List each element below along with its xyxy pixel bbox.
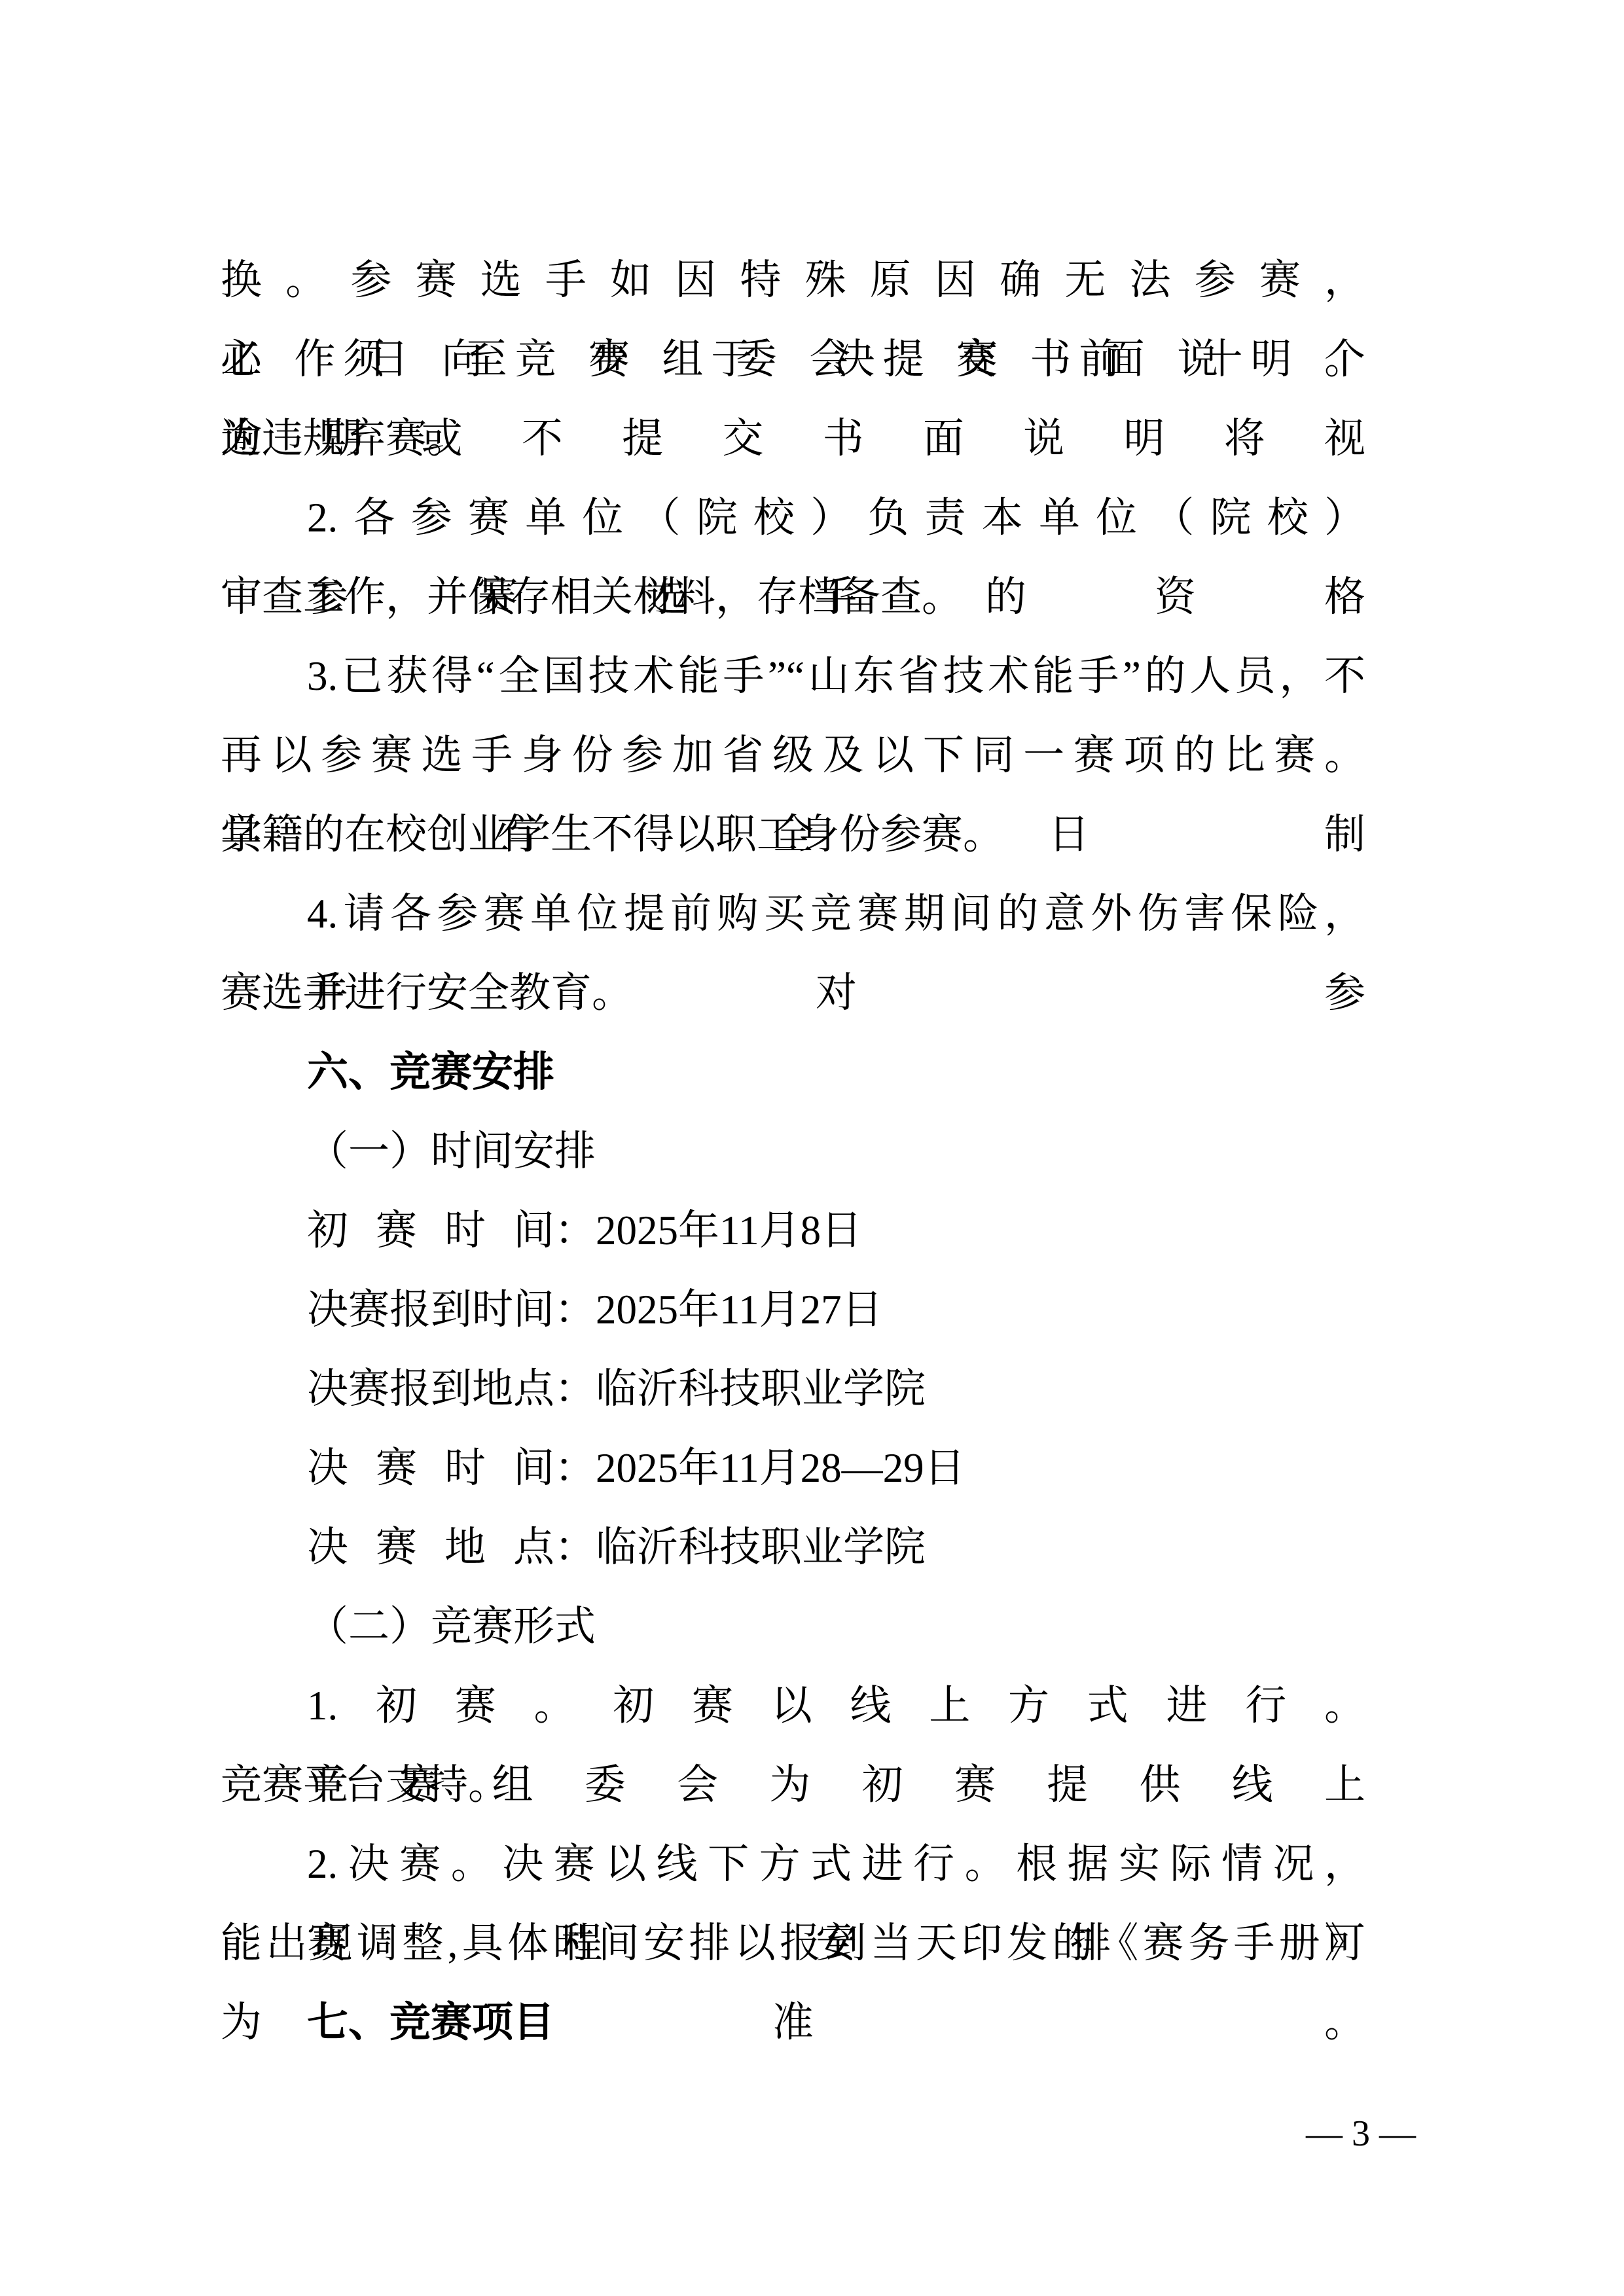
- document-page: 换。参赛选手如因特殊原因确无法参赛，必须至少于决赛前十个工作日向竞赛组委会提交书…: [0, 0, 1624, 2296]
- document-line-body: 1.初赛。初赛以线上方式进行。竞赛组委会为初赛提供线上: [221, 1666, 1365, 1746]
- document-line-heading: 六、竞赛安排: [221, 1033, 1365, 1112]
- schedule-separator: ：: [554, 1208, 596, 1253]
- schedule-separator: ：: [554, 1287, 596, 1333]
- document-line-schedule: 决赛地点：临沂科技职业学院: [221, 1508, 1365, 1587]
- document-line-body: 能出现调整,具体时间安排以报到当天印发的《赛务手册》为准。: [221, 1904, 1365, 1983]
- schedule-label: 初赛时间: [307, 1191, 554, 1270]
- document-line-subheading: （一）时间安排: [221, 1112, 1365, 1191]
- document-line-body: 4.请各参赛单位提前购买竞赛期间的意外伤害保险，并对参: [221, 874, 1365, 954]
- schedule-label: 决赛报到时间: [307, 1270, 554, 1350]
- document-line-subheading: （二）竞赛形式: [221, 1587, 1365, 1666]
- document-body: 换。参赛选手如因特殊原因确无法参赛，必须至少于决赛前十个工作日向竞赛组委会提交书…: [221, 241, 1365, 2062]
- document-line-schedule: 初赛时间：2025年11月8日: [221, 1191, 1365, 1270]
- document-line-body: 再以参赛选手身份参加省级及以下同一赛项的比赛。具有全日制: [221, 716, 1365, 795]
- document-line-body: 3.已获得“全国技术能手”“山东省技术能手”的人员，不: [221, 637, 1365, 716]
- schedule-label: 决赛时间: [307, 1429, 554, 1508]
- schedule-separator: ：: [554, 1366, 596, 1412]
- schedule-label: 决赛报到地点: [307, 1350, 554, 1429]
- page-number: — 3 —: [1306, 2109, 1416, 2159]
- schedule-value: 2025年11月8日: [596, 1208, 862, 1253]
- schedule-separator: ：: [554, 1524, 596, 1570]
- schedule-separator: ：: [554, 1445, 596, 1491]
- document-line-body: 2.各参赛单位（院校）负责本单位（院校）参赛选手的资格: [221, 478, 1365, 558]
- document-line-schedule: 决赛报到地点：临沂科技职业学院: [221, 1350, 1365, 1429]
- schedule-value: 临沂科技职业学院: [596, 1524, 926, 1570]
- document-line-body: 2.决赛。决赛以线下方式进行。根据实际情况，赛程安排可: [221, 1825, 1365, 1904]
- schedule-value: 2025年11月28—29日: [596, 1445, 965, 1491]
- schedule-value: 2025年11月27日: [596, 1287, 883, 1333]
- schedule-label: 决赛地点: [307, 1508, 554, 1587]
- document-line-schedule: 决赛报到时间：2025年11月27日: [221, 1270, 1365, 1350]
- schedule-value: 临沂科技职业学院: [596, 1366, 926, 1412]
- document-line-body: 工作日向竞赛组委会提交书面说明。逾期或不提交书面说明将视: [221, 320, 1365, 399]
- document-line-body: 换。参赛选手如因特殊原因确无法参赛，必须至少于决赛前十个: [221, 241, 1365, 320]
- document-line-schedule: 决赛时间：2025年11月28—29日: [221, 1429, 1365, 1508]
